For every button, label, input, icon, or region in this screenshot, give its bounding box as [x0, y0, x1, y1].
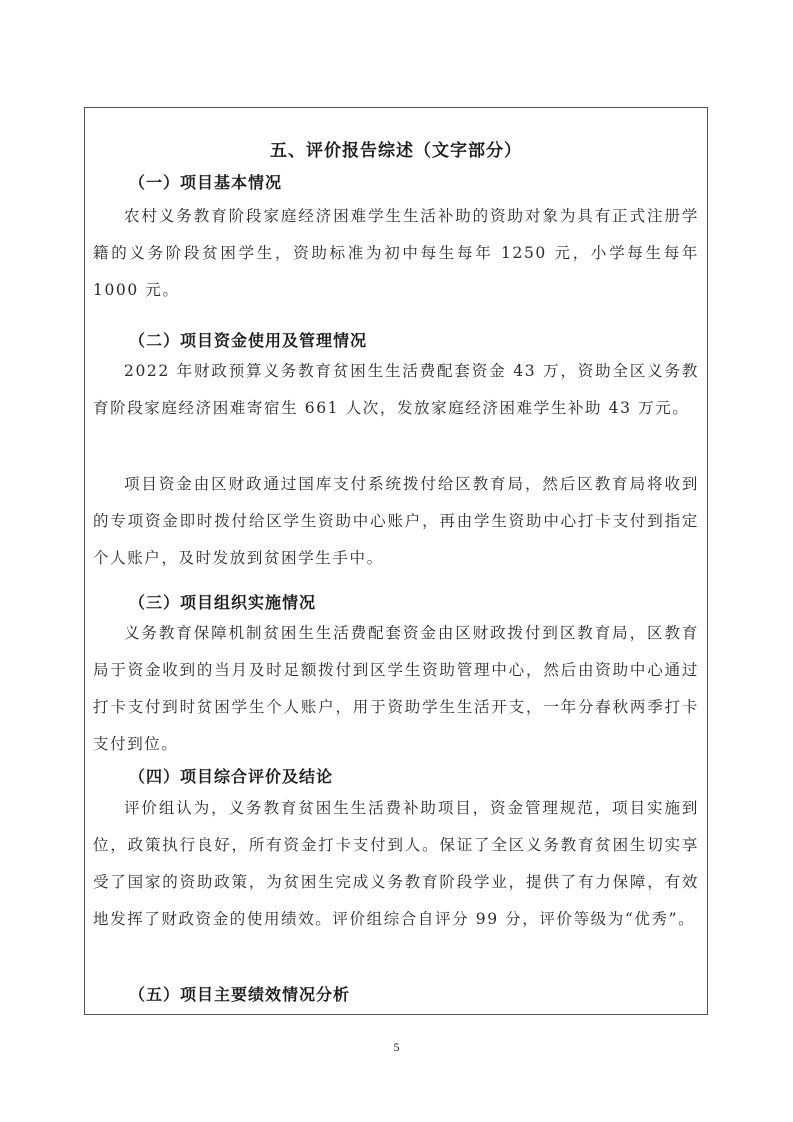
section-1-paragraph-1: 农村义务教育阶段家庭经济困难学生生活补助的资助对象为具有正式注册学籍的义务阶段贫… [93, 198, 699, 309]
section-heading-5: （五）项目主要绩效情况分析 [129, 982, 350, 1005]
section-heading-2: （二）项目资金使用及管理情况 [129, 328, 367, 351]
section-heading-1: （一）项目基本情况 [129, 170, 282, 193]
section-4-paragraph-1: 评价组认为，义务教育贫困生生活费补助项目，资金管理规范，项目实施到位，政策执行良… [93, 790, 699, 938]
section-heading-4: （四）项目综合评价及结论 [129, 764, 333, 787]
page-title: 五、评价报告综述（文字部分） [85, 136, 707, 161]
section-2-paragraph-2: 项目资金由区财政通过国库支付系统拨付给区教育局，然后区教育局将收到的专项资金即时… [93, 466, 699, 577]
page-number: 5 [0, 1040, 793, 1055]
report-frame: 五、评价报告综述（文字部分） （一）项目基本情况 农村义务教育阶段家庭经济困难学… [84, 107, 708, 1015]
section-heading-3: （三）项目组织实施情况 [129, 590, 316, 613]
section-2-paragraph-1: 2022 年财政预算义务教育贫困生生活费配套资金 43 万，资助全区义务教育阶段… [93, 353, 699, 427]
section-3-paragraph-1: 义务教育保障机制贫困生生活费配套资金由区财政拨付到区教育局，区教育局于资金收到的… [93, 615, 699, 763]
